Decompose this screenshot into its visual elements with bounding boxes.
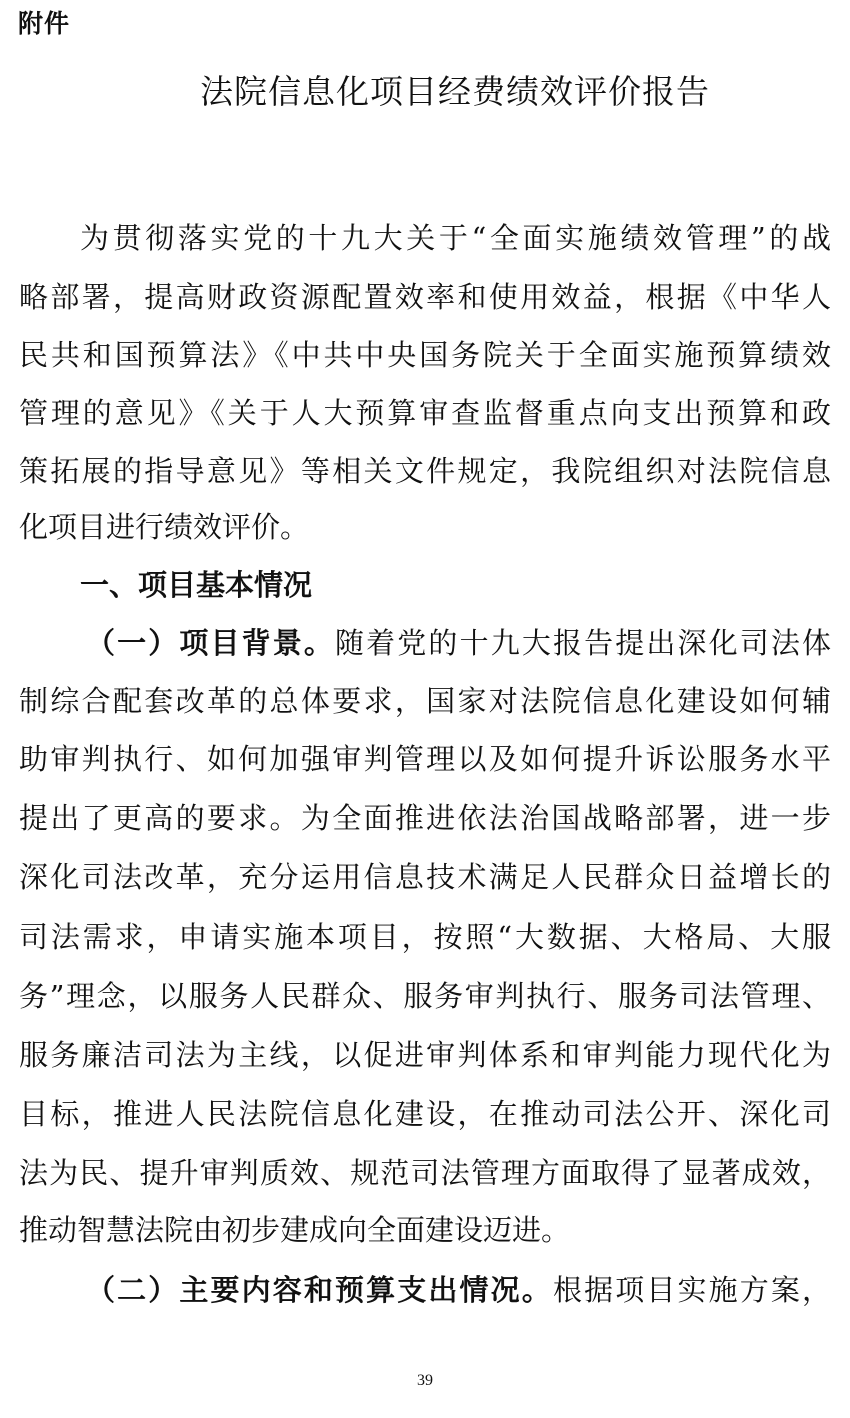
intro-line: 略部署，提高财政资源配置效率和使用效益，根据《中华人 bbox=[19, 277, 831, 317]
subsection-text: 根据项目实施方案， bbox=[553, 1273, 831, 1307]
body-line: 法为民、提升审判质效、规范司法管理方面取得了显著成效， bbox=[19, 1153, 831, 1193]
body-line: 司法需求，申请实施本项目，按照“大数据、大格局、大服 bbox=[19, 917, 831, 957]
report-title: 法院信息化项目经费绩效评价报告 bbox=[0, 66, 850, 113]
body-line: 深化司法改革，充分运用信息技术满足人民群众日益增长的 bbox=[19, 857, 831, 897]
intro-line: 化项目进行绩效评价。 bbox=[19, 507, 831, 547]
page-number: 39 bbox=[0, 1372, 850, 1390]
body-line: 服务廉洁司法为主线，以促进审判体系和审判能力现代化为 bbox=[19, 1035, 831, 1075]
document-page: 附件 法院信息化项目经费绩效评价报告 为贯彻落实党的十九大关于“全面实施绩效管理… bbox=[0, 0, 850, 1418]
intro-line: 为贯彻落实党的十九大关于“全面实施绩效管理”的战 bbox=[80, 218, 831, 258]
body-line: 务”理念，以服务人民群众、服务审判执行、服务司法管理、 bbox=[19, 976, 831, 1016]
intro-line: 策拓展的指导意见》等相关文件规定，我院组织对法院信息 bbox=[19, 451, 831, 491]
subsection-first-line: （二）主要内容和预算支出情况。根据项目实施方案， bbox=[86, 1270, 831, 1310]
section-heading-basic-info: 一、项目基本情况 bbox=[80, 565, 312, 605]
attachment-label: 附件 bbox=[18, 4, 70, 40]
intro-line: 民共和国预算法》《中共中央国务院关于全面实施预算绩效 bbox=[19, 335, 831, 375]
body-line: 制综合配套改革的总体要求，国家对法院信息化建设如何辅 bbox=[19, 681, 831, 721]
body-line: 助审判执行、如何加强审判管理以及如何提升诉讼服务水平 bbox=[19, 739, 831, 779]
body-line: 目标，推进人民法院信息化建设，在推动司法公开、深化司 bbox=[19, 1094, 831, 1134]
subsection-label: （二）主要内容和预算支出情况。 bbox=[86, 1273, 553, 1307]
subsection-first-line: （一）项目背景。随着党的十九大报告提出深化司法体 bbox=[86, 623, 831, 663]
body-line: 提出了更高的要求。为全面推进依法治国战略部署，进一步 bbox=[19, 798, 831, 838]
body-line: 推动智慧法院由初步建成向全面建设迈进。 bbox=[19, 1210, 831, 1250]
subsection-label: （一）项目背景。 bbox=[86, 626, 335, 660]
intro-line: 管理的意见》《关于人大预算审查监督重点向支出预算和政 bbox=[19, 393, 831, 433]
subsection-text: 随着党的十九大报告提出深化司法体 bbox=[335, 626, 831, 660]
